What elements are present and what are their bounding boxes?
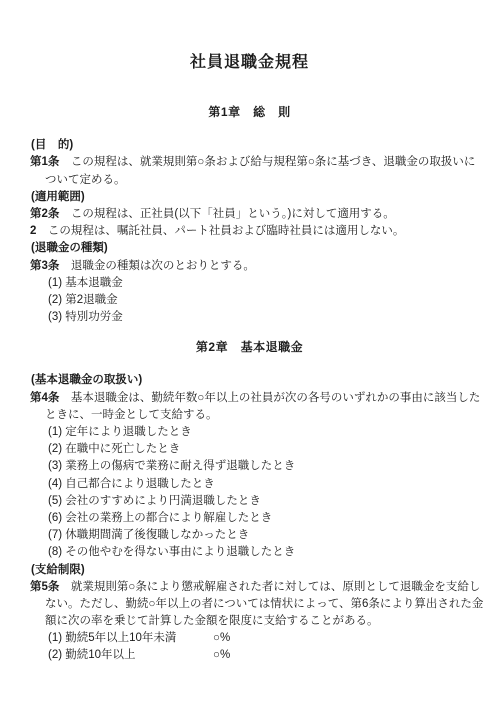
- article-paragraph: 第2条 この規程は、正社員(以下「社員」という。)に対して適用する。: [0, 206, 499, 223]
- chapter-heading: 第1章 総 則: [0, 104, 499, 121]
- section-heading: (基本退職金の取扱い): [0, 372, 499, 389]
- document-title: 社員退職金規程: [0, 0, 499, 74]
- article-number: 第1条: [30, 156, 59, 168]
- list-item: (6) 会社の業務上の都合により解雇したとき: [0, 510, 499, 527]
- list-item: (7) 休職期間満了後復職しなかったとき: [0, 527, 499, 544]
- article-number: 第4条: [30, 392, 59, 404]
- section-heading: (支給制限): [0, 562, 499, 579]
- rate-label: (1) 勤続5年以上10年未満: [48, 630, 213, 647]
- article-text: この規程は、就業規則第○条および給与規程第○条に基づき、退職金の取扱いに: [59, 156, 475, 168]
- article-paragraph: 2 この規程は、嘱託社員、パート社員および臨時社員には適用しない。: [0, 223, 499, 240]
- article-text: 退職金の種類は次のとおりとする。: [59, 260, 255, 272]
- article-paragraph: 第5条 就業規則第○条により懲戒解雇された者に対しては、原則として退職金を支給し: [0, 579, 499, 596]
- article-paragraph: 第4条 基本退職金は、勤続年数○年以上の社員が次の各号のいずれかの事由に該当した: [0, 390, 499, 407]
- list-item: (1) 基本退職金: [0, 275, 499, 292]
- article-continuation-line: ときに、一時金として支給する。: [0, 407, 499, 424]
- article-continuation-line: ついて定める。: [0, 172, 499, 189]
- list-item: (2) 第2退職金: [0, 292, 499, 309]
- section-heading: (退職金の種類): [0, 240, 499, 257]
- article-continuation-line: ない。ただし、勤続○年以上の者については情状によって、第6条により算出された金: [0, 596, 499, 613]
- list-item: (5) 会社のすすめにより円満退職したとき: [0, 493, 499, 510]
- article-number: 第2条: [30, 208, 59, 220]
- list-item: (3) 特別功労金: [0, 309, 499, 326]
- chapter-heading: 第2章 基本退職金: [0, 339, 499, 356]
- rate-value: ○%: [213, 649, 230, 661]
- article-paragraph: 第1条 この規程は、就業規則第○条および給与規程第○条に基づき、退職金の取扱いに: [0, 154, 499, 171]
- list-item: (3) 業務上の傷病で業務に耐え得ず退職したとき: [0, 458, 499, 475]
- rate-item: (1) 勤続5年以上10年未満○%: [0, 630, 499, 647]
- list-item: (1) 定年により退職したとき: [0, 424, 499, 441]
- article-continuation-line: 額に次の率を乗じて計算した金額を限度に支給することがある。: [0, 613, 499, 630]
- list-item: (2) 在職中に死亡したとき: [0, 441, 499, 458]
- document-page: 社員退職金規程 第1章 総 則(目 的)第1条 この規程は、就業規則第○条および…: [0, 0, 499, 713]
- rate-value: ○%: [213, 632, 230, 644]
- section-heading: (目 的): [0, 137, 499, 154]
- section-heading: (適用範囲): [0, 189, 499, 206]
- article-number: 第3条: [30, 260, 59, 272]
- article-text: 基本退職金は、勤続年数○年以上の社員が次の各号のいずれかの事由に該当した: [59, 392, 480, 404]
- rate-label: (2) 勤続10年以上: [48, 647, 213, 664]
- rate-item: (2) 勤続10年以上○%: [0, 647, 499, 664]
- article-text: この規程は、嘱託社員、パート社員および臨時社員には適用しない。: [36, 225, 404, 237]
- article-number: 第5条: [30, 581, 59, 593]
- article-text: 就業規則第○条により懲戒解雇された者に対しては、原則として退職金を支給し: [59, 581, 480, 593]
- list-item: (8) その他やむを得ない事由により退職したとき: [0, 544, 499, 561]
- article-text: この規程は、正社員(以下「社員」という。)に対して適用する。: [59, 208, 394, 220]
- document-body: 第1章 総 則(目 的)第1条 この規程は、就業規則第○条および給与規程第○条に…: [0, 104, 499, 665]
- article-paragraph: 第3条 退職金の種類は次のとおりとする。: [0, 258, 499, 275]
- list-item: (4) 自己都合により退職したとき: [0, 476, 499, 493]
